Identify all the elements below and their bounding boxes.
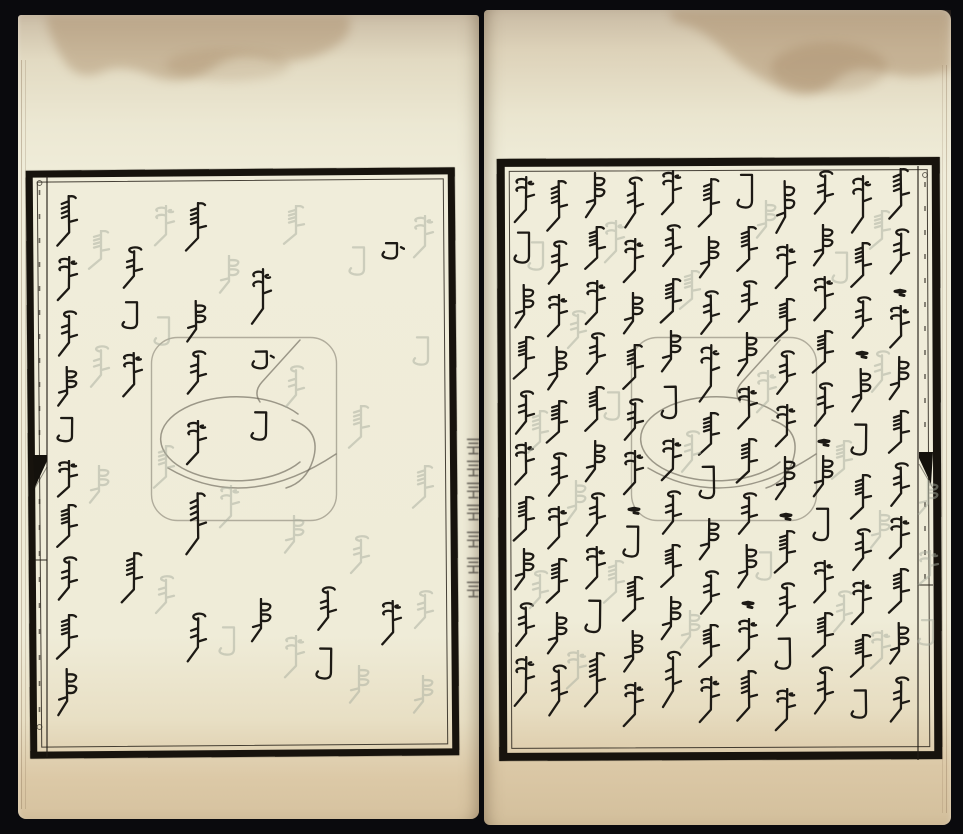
book-scan: [0, 0, 963, 834]
left-page-text-layer: [18, 15, 479, 819]
right-page: [484, 10, 951, 825]
right-page-text-layer: [484, 10, 951, 825]
left-page: [18, 15, 479, 819]
